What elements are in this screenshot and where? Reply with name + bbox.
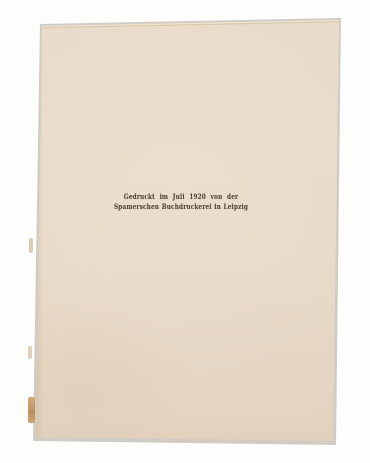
colophon-text: Gedruckt im Juli 1920 von der Spamersche…: [83, 192, 280, 212]
photo-background: Gedruckt im Juli 1920 von der Spamersche…: [0, 0, 370, 463]
colophon-line-1: Gedruckt im Juli 1920 von der: [83, 192, 280, 202]
binding-mark: [28, 397, 35, 423]
binding-mark: [29, 238, 33, 253]
colophon-line-2: Spamerschen Buchdruckerei in Leipzig: [83, 202, 280, 212]
binding-mark: [28, 346, 32, 359]
book-page: Gedruckt im Juli 1920 von der Spamersche…: [0, 0, 370, 463]
